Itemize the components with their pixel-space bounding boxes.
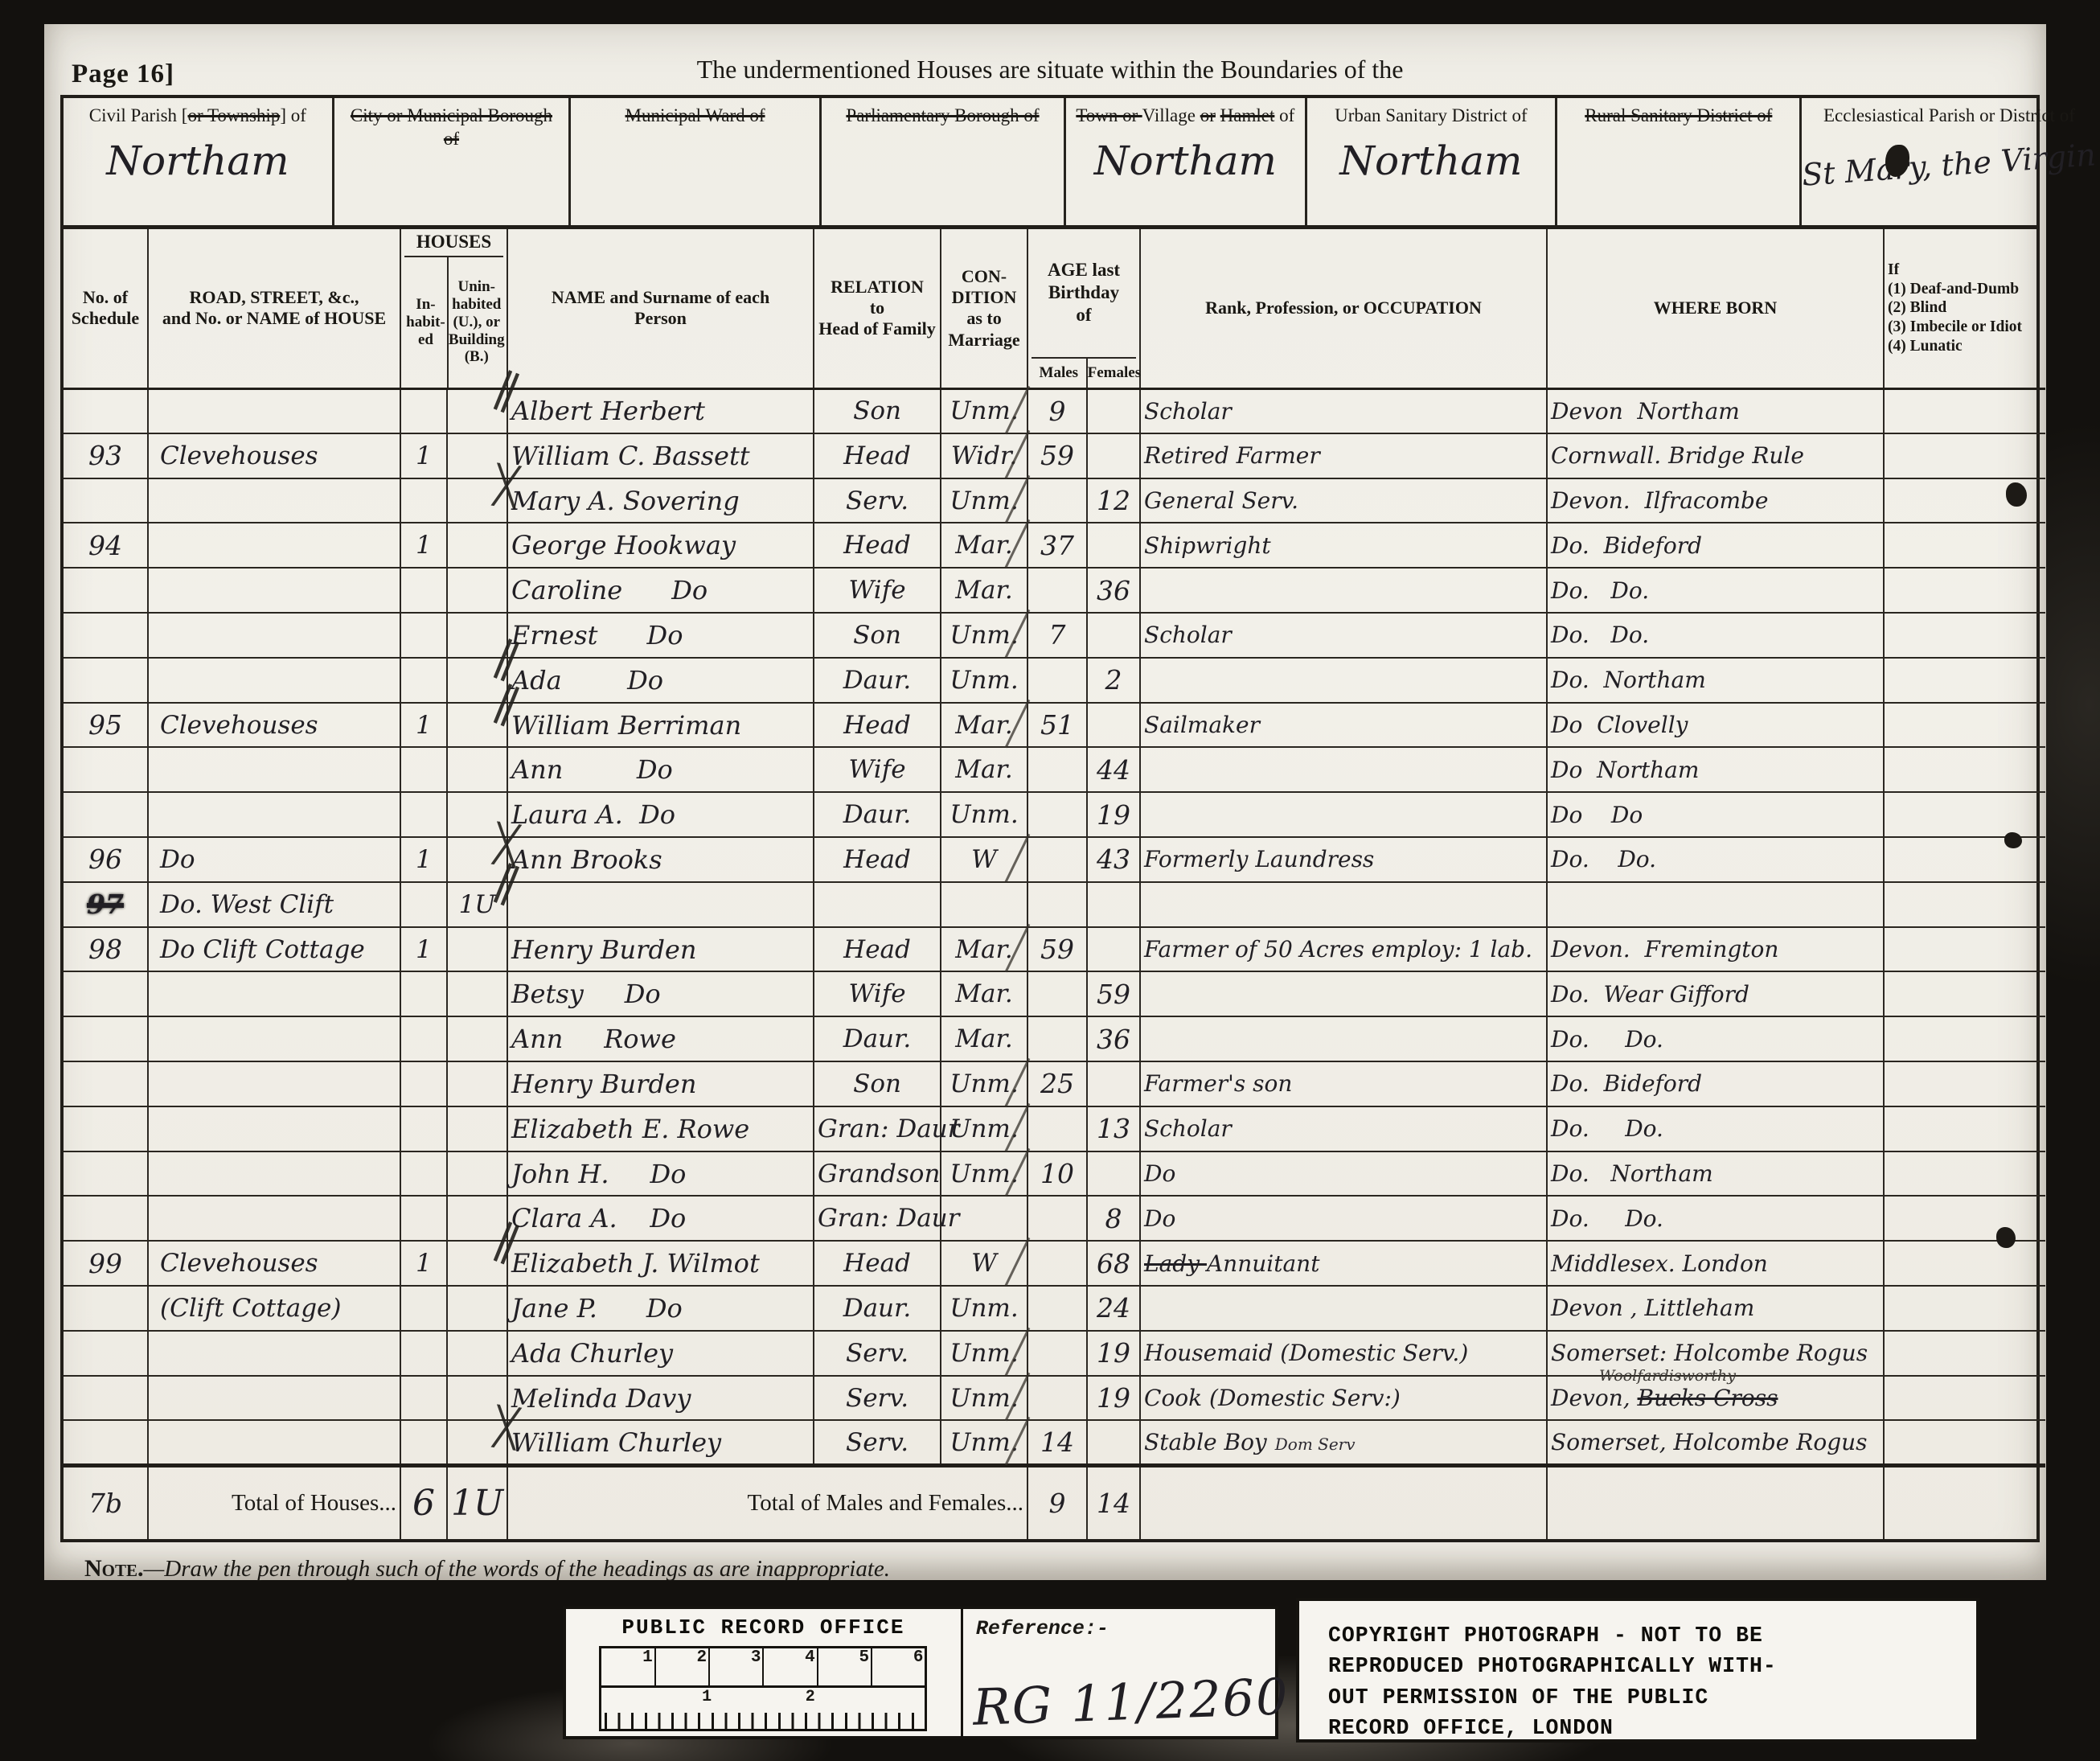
total-houses-inhabited: 6 <box>400 1465 447 1539</box>
cell-where-born: Do. Do. <box>1547 1016 1884 1061</box>
cell-where-born: Devon , Littleham <box>1547 1286 1884 1331</box>
cell-condition: Mar. <box>941 927 1027 972</box>
col-header-relation: RELATION to Head of Family <box>814 229 941 388</box>
totals-empty-occupation <box>1140 1465 1547 1539</box>
table-body: ∥Albert HerbertSonUnm.9ScholarDevon Nort… <box>64 388 2045 1465</box>
cell-age-male <box>1027 1286 1087 1331</box>
cell-relation: Head <box>814 703 941 748</box>
cell-person-name: William C. Bassett <box>507 433 814 478</box>
cell-age-female: 8 <box>1087 1196 1140 1241</box>
cell-infirmities <box>1884 1286 2045 1331</box>
cell-age-female: 13 <box>1087 1106 1140 1151</box>
cell-where-born: Do. Bideford <box>1547 523 1884 568</box>
occupation-annotation: Dom Serv <box>1275 1435 1356 1454</box>
cell-where-born: Do. Northam <box>1547 1151 1884 1197</box>
footnote: Note.—Draw the pen through such of the w… <box>84 1555 2040 1582</box>
cell-relation: Serv. <box>814 478 941 523</box>
cell-age-male: 10 <box>1027 1151 1087 1197</box>
col-header-inhabited: In- habit- ed <box>404 257 447 388</box>
cell-age-female <box>1087 703 1140 748</box>
cell-schedule-number: 96 <box>64 837 148 882</box>
cell-relation: Daur. <box>814 658 941 703</box>
scanned-census-photograph: Page 16] The undermentioned Houses are s… <box>0 0 2100 1761</box>
cell-schedule-number <box>64 1196 148 1241</box>
cell-infirmities <box>1884 703 2045 748</box>
census-row: Clara A. DoGran: Daur8DoDo. Do. <box>64 1196 2045 1241</box>
cell-occupation <box>1140 747 1547 792</box>
enumerator-tick <box>1005 1238 1031 1287</box>
cell-where-born: Do Northam <box>1547 747 1884 792</box>
cell-age-female <box>1087 882 1140 927</box>
col-header-occupation: Rank, Profession, or OCCUPATION <box>1140 229 1547 388</box>
cell-schedule-number <box>64 658 148 703</box>
cell-condition: Unm. <box>941 792 1027 837</box>
cell-age-male <box>1027 1241 1087 1286</box>
district-header-row: Civil Parish [or Township] ofNorthamCity… <box>64 98 2036 229</box>
cell-occupation <box>1140 882 1547 927</box>
cell-condition: Mar. <box>941 568 1027 613</box>
cell-uninhabited <box>447 1061 507 1106</box>
cell-occupation <box>1140 792 1547 837</box>
census-row: Laura A. DoDaur.Unm.19Do Do <box>64 792 2045 837</box>
district-box: Parliamentary Borough of <box>819 98 1064 225</box>
col-header-schedule: No. of Schedule <box>64 229 148 388</box>
cell-condition: Unm. <box>941 1106 1027 1151</box>
cell-where-born: Cornwall. Bridge Rule <box>1547 433 1884 478</box>
cell-occupation: General Serv. <box>1140 478 1547 523</box>
cell-occupation: Formerly Laundress <box>1140 837 1547 882</box>
cell-relation: Daur. <box>814 1016 941 1061</box>
census-row: Ann RoweDaur.Mar.36Do. Do. <box>64 1016 2045 1061</box>
cell-inhabited <box>400 1331 447 1376</box>
cell-road-house <box>148 792 400 837</box>
cell-age-male: 7 <box>1027 613 1087 658</box>
cell-uninhabited <box>447 747 507 792</box>
ruler-cm-cell: 4 <box>764 1648 818 1685</box>
cell-person-name: Ernest Do <box>507 613 814 658</box>
cell-age-male: 59 <box>1027 927 1087 972</box>
col-header-males: Males <box>1032 359 1086 388</box>
cell-occupation: Scholar <box>1140 613 1547 658</box>
cell-condition: Mar. <box>941 971 1027 1016</box>
cell-condition: Unm. <box>941 1331 1027 1376</box>
total-houses-uninhabited: 1U <box>447 1465 507 1539</box>
district-box: Rural Sanitary District of <box>1555 98 1799 225</box>
cell-person-name: ╳Ann Brooks <box>507 837 814 882</box>
cell-age-male: 51 <box>1027 703 1087 748</box>
cell-age-male <box>1027 1331 1087 1376</box>
cell-where-born: Do. Northam <box>1547 658 1884 703</box>
cell-condition: Unm. <box>941 1376 1027 1421</box>
district-box-value: Northam <box>64 139 332 183</box>
cell-schedule-number <box>64 1106 148 1151</box>
cell-occupation: Retired Farmer <box>1140 433 1547 478</box>
cell-uninhabited <box>447 1331 507 1376</box>
cell-person-name: John H. Do <box>507 1151 814 1197</box>
copyright-line: REPRODUCED PHOTOGRAPHICALLY WITH- <box>1328 1651 1976 1681</box>
cell-road-house <box>148 1331 400 1376</box>
cell-person-name: ╳Mary A. Sovering <box>507 478 814 523</box>
cell-age-male <box>1027 747 1087 792</box>
district-box-label: Parliamentary Borough of <box>822 105 1064 128</box>
cell-age-male <box>1027 882 1087 927</box>
census-row: ╳Mary A. SoveringServ.Unm.12General Serv… <box>64 478 2045 523</box>
cell-relation: Wife <box>814 747 941 792</box>
cell-uninhabited <box>447 1016 507 1061</box>
cell-person-name: Laura A. Do <box>507 792 814 837</box>
cell-inhabited <box>400 1151 447 1197</box>
cell-uninhabited <box>447 1106 507 1151</box>
cell-where-born <box>1547 882 1884 927</box>
district-box-value: St Mary, the Virgin <box>1801 138 2097 192</box>
ink-blot <box>2004 832 2022 848</box>
cell-age-female <box>1087 1420 1140 1465</box>
col-header-age-group: AGE last Birthday of Males Females <box>1027 229 1140 388</box>
cell-age-female: 19 <box>1087 792 1140 837</box>
district-box: Municipal Ward of <box>568 98 819 225</box>
census-row: Melinda DavyServ.Unm.19Cook (Domestic Se… <box>64 1376 2045 1421</box>
cell-schedule-number <box>64 568 148 613</box>
cell-road-house <box>148 388 400 433</box>
cell-age-male <box>1027 1196 1087 1241</box>
cell-road-house: Do Clift Cottage <box>148 927 400 972</box>
cell-uninhabited <box>447 971 507 1016</box>
cell-age-male: 59 <box>1027 433 1087 478</box>
cell-uninhabited <box>447 568 507 613</box>
cell-relation: Daur. <box>814 1286 941 1331</box>
cell-road-house <box>148 1106 400 1151</box>
cell-road-house <box>148 658 400 703</box>
cell-road-house <box>148 613 400 658</box>
total-houses-label: Total of Houses... <box>148 1465 400 1539</box>
col-header-road: ROAD, STREET, &c., and No. or NAME of HO… <box>148 229 400 388</box>
district-box-value: Northam <box>1066 139 1304 183</box>
form-box: Civil Parish [or Township] ofNorthamCity… <box>60 95 2040 1542</box>
cell-age-male: 14 <box>1027 1420 1087 1465</box>
cell-infirmities <box>1884 1420 2045 1465</box>
district-box-label: Municipal Ward of <box>571 105 819 128</box>
col-header-condition: CON- DITION as to Marriage <box>941 229 1027 388</box>
census-row: (Clift Cottage)Jane P. DoDaur.Unm.24Devo… <box>64 1286 2045 1331</box>
cell-age-male <box>1027 568 1087 613</box>
census-table: No. of Schedule ROAD, STREET, &c., and N… <box>64 229 2045 1539</box>
cell-inhabited <box>400 1286 447 1331</box>
census-row: 941George HookwayHeadMar.37ShipwrightDo.… <box>64 523 2045 568</box>
cell-age-male <box>1027 1106 1087 1151</box>
cell-age-female: 12 <box>1087 478 1140 523</box>
copyright-stamp-box: COPYRIGHT PHOTOGRAPH - NOT TO BEREPRODUC… <box>1296 1598 1979 1743</box>
col-header-where-born: WHERE BORN <box>1547 229 1884 388</box>
census-row: Henry BurdenSonUnm.25Farmer's sonDo. Bid… <box>64 1061 2045 1106</box>
cell-person-name: Betsy Do <box>507 971 814 1016</box>
cell-road-house: Clevehouses <box>148 1241 400 1286</box>
cell-relation: Head <box>814 927 941 972</box>
totals-empty-infirmities <box>1884 1465 2045 1539</box>
cell-infirmities <box>1884 1106 2045 1151</box>
cell-inhabited <box>400 1196 447 1241</box>
cell-occupation: Cook (Domestic Serv:) <box>1140 1376 1547 1421</box>
cell-infirmities <box>1884 971 2045 1016</box>
cell-person-name: ╳William Churley <box>507 1420 814 1465</box>
census-row: Ada ChurleyServ.Unm.19Housemaid (Domesti… <box>64 1331 2045 1376</box>
cell-condition: Unm. <box>941 1061 1027 1106</box>
cell-inhabited <box>400 613 447 658</box>
cell-schedule-number <box>64 971 148 1016</box>
cell-schedule-number <box>64 747 148 792</box>
cell-occupation: Stable BoyDom Serv <box>1140 1420 1547 1465</box>
district-box: Town or Village or Hamlet ofNortham <box>1064 98 1304 225</box>
col-header-houses-group: HOUSES In- habit- ed Unin- habited (U.),… <box>400 229 507 388</box>
ruler-cm-cell: 1 <box>601 1648 655 1685</box>
cell-schedule-number <box>64 792 148 837</box>
pro-stamp-box: PUBLIC RECORD OFFICE 123456 12 Reference… <box>563 1606 1278 1739</box>
cell-age-female: 36 <box>1087 568 1140 613</box>
cell-person-name: Henry Burden <box>507 1061 814 1106</box>
scale-ruler: 123456 12 <box>599 1646 927 1731</box>
born-annotation: Woolfardisworthy <box>1599 1367 1736 1385</box>
cell-relation: Wife <box>814 971 941 1016</box>
census-row: 99Clevehouses1∥Elizabeth J. WilmotHeadW6… <box>64 1241 2045 1286</box>
cell-infirmities <box>1884 1331 2045 1376</box>
cell-occupation: Sailmaker <box>1140 703 1547 748</box>
cell-where-born: Do Clovelly <box>1547 703 1884 748</box>
cell-relation: Daur. <box>814 792 941 837</box>
cell-where-born: Do. Do. <box>1547 613 1884 658</box>
cell-person-name: ∥Elizabeth J. Wilmot <box>507 1241 814 1286</box>
cell-inhabited <box>400 1016 447 1061</box>
cell-relation: Head <box>814 523 941 568</box>
district-box-label: Urban Sanitary District of <box>1307 105 1556 128</box>
cell-schedule-number <box>64 1331 148 1376</box>
census-row: 98Do Clift Cottage1Henry BurdenHeadMar.5… <box>64 927 2045 972</box>
cell-relation: Wife <box>814 568 941 613</box>
pro-stamp-reference: Reference:- RG 11/2260 <box>963 1609 1275 1736</box>
cell-infirmities <box>1884 658 2045 703</box>
census-form-page: Page 16] The undermentioned Houses are s… <box>44 24 2046 1580</box>
cell-schedule-number <box>64 1286 148 1331</box>
cell-uninhabited <box>447 1286 507 1331</box>
cell-condition: Unm. <box>941 1286 1027 1331</box>
cell-relation: Head <box>814 433 941 478</box>
cell-inhabited <box>400 971 447 1016</box>
district-box: Civil Parish [or Township] ofNortham <box>64 98 332 225</box>
cell-inhabited: 1 <box>400 1241 447 1286</box>
cell-person-name: ∥ <box>507 882 814 927</box>
cell-road-house: (Clift Cottage) <box>148 1286 400 1331</box>
cell-road-house <box>148 523 400 568</box>
page-number: Page 16] <box>72 60 174 89</box>
cell-schedule-number: 99 <box>64 1241 148 1286</box>
cell-inhabited: 1 <box>400 703 447 748</box>
cell-person-name: George Hookway <box>507 523 814 568</box>
enumerator-tick <box>1005 834 1031 883</box>
district-box-label: Civil Parish [or Township] of <box>64 105 332 128</box>
cell-occupation: Housemaid (Domestic Serv.) <box>1140 1331 1547 1376</box>
cell-person-name: Melinda Davy <box>507 1376 814 1421</box>
cell-person-name: Jane P. Do <box>507 1286 814 1331</box>
cell-occupation: Farmer of 50 Acres employ: 1 lab. <box>1140 927 1547 972</box>
cell-occupation <box>1140 971 1547 1016</box>
cell-age-female <box>1087 1151 1140 1197</box>
table-header: No. of Schedule ROAD, STREET, &c., and N… <box>64 229 2045 388</box>
district-box-value: Northam <box>1307 139 1556 183</box>
ruler-cm-cell: 6 <box>872 1648 925 1685</box>
census-row: Ann DoWifeMar.44Do Northam <box>64 747 2045 792</box>
ink-blot <box>2006 482 2027 507</box>
copyright-line: RECORD OFFICE, LONDON <box>1328 1713 1976 1743</box>
cell-condition: Mar. <box>941 703 1027 748</box>
cell-inhabited <box>400 792 447 837</box>
pro-stamp-title: PUBLIC RECORD OFFICE <box>577 1615 950 1640</box>
footnote-text: —Draw the pen through such of the words … <box>144 1556 891 1582</box>
cell-infirmities <box>1884 1241 2045 1286</box>
cell-schedule-number <box>64 388 148 433</box>
census-row: Elizabeth E. RoweGran: DaurUnm.13Scholar… <box>64 1106 2045 1151</box>
cell-age-female <box>1087 523 1140 568</box>
cell-age-female <box>1087 1061 1140 1106</box>
cell-occupation: Lady Annuitant <box>1140 1241 1547 1286</box>
cell-infirmities <box>1884 927 2045 972</box>
ruler-cm-cell: 2 <box>656 1648 710 1685</box>
cell-road-house: Do <box>148 837 400 882</box>
cell-age-male <box>1027 658 1087 703</box>
cell-age-male <box>1027 1016 1087 1061</box>
reference-label: Reference:- <box>976 1617 1262 1640</box>
cell-occupation: Shipwright <box>1140 523 1547 568</box>
cell-where-born: Devon. Ilfracombe <box>1547 478 1884 523</box>
cell-inhabited: 1 <box>400 523 447 568</box>
cell-inhabited: 1 <box>400 433 447 478</box>
cell-inhabited: 1 <box>400 837 447 882</box>
cell-age-male: 9 <box>1027 388 1087 433</box>
cell-age-male: 37 <box>1027 523 1087 568</box>
pro-stamp-left: PUBLIC RECORD OFFICE 123456 12 <box>566 1609 963 1736</box>
cell-condition: Mar. <box>941 747 1027 792</box>
cell-schedule-number: 97 <box>64 882 148 927</box>
cell-relation: Son <box>814 388 941 433</box>
cell-condition: Unm. <box>941 613 1027 658</box>
cell-schedule-number <box>64 1376 148 1421</box>
cell-road-house <box>148 478 400 523</box>
cell-condition: W <box>941 837 1027 882</box>
col-header-name: NAME and Surname of each Person <box>507 229 814 388</box>
cell-occupation <box>1140 658 1547 703</box>
cell-age-male <box>1027 971 1087 1016</box>
cell-age-female: 59 <box>1087 971 1140 1016</box>
cell-condition <box>941 1196 1027 1241</box>
totals-margin-mark: 7b <box>64 1465 148 1539</box>
cell-infirmities <box>1884 433 2045 478</box>
cell-infirmities <box>1884 1151 2045 1197</box>
cell-condition: Mar. <box>941 523 1027 568</box>
cell-infirmities <box>1884 613 2045 658</box>
cell-condition: Unm. <box>941 658 1027 703</box>
cell-person-name: ∥William Berriman <box>507 703 814 748</box>
cell-relation: Head <box>814 837 941 882</box>
census-row: ╳William ChurleyServ.Unm.14Stable BoyDom… <box>64 1420 2045 1465</box>
cell-age-female <box>1087 388 1140 433</box>
cell-where-born: Devon, Bucks CrossWoolfardisworthy <box>1547 1376 1884 1421</box>
cell-infirmities <box>1884 792 2045 837</box>
cell-where-born: Middlesex. London <box>1547 1241 1884 1286</box>
cell-age-male <box>1027 792 1087 837</box>
census-row: Betsy DoWifeMar.59Do. Wear Gifford <box>64 971 2045 1016</box>
cell-infirmities <box>1884 882 2045 927</box>
cell-occupation: Do <box>1140 1196 1547 1241</box>
cell-where-born: Somerset, Holcombe Rogus <box>1547 1420 1884 1465</box>
cell-occupation: Farmer's son <box>1140 1061 1547 1106</box>
cell-infirmities <box>1884 1016 2045 1061</box>
col-header-females: Females <box>1086 359 1141 388</box>
cell-road-house <box>148 971 400 1016</box>
cell-person-name: Ann Do <box>507 747 814 792</box>
cell-where-born: Do. Bideford <box>1547 1061 1884 1106</box>
cell-person-name: Henry Burden <box>507 927 814 972</box>
cell-infirmities <box>1884 1376 2045 1421</box>
cell-inhabited <box>400 658 447 703</box>
cell-inhabited <box>400 1106 447 1151</box>
cell-relation: Gran: Daur <box>814 1106 941 1151</box>
cell-condition: W <box>941 1241 1027 1286</box>
cell-relation: Grandson <box>814 1151 941 1197</box>
district-box-label: Town or Village or Hamlet of <box>1066 105 1304 128</box>
cell-person-name: Ada Churley <box>507 1331 814 1376</box>
census-row: ∥Ada DoDaur.Unm.2Do. Northam <box>64 658 2045 703</box>
cell-relation: Son <box>814 1061 941 1106</box>
cell-person-name: Ann Rowe <box>507 1016 814 1061</box>
cell-infirmities <box>1884 1196 2045 1241</box>
col-header-uninhabited: Unin- habited (U.), or Building (B.) <box>447 257 505 388</box>
cell-schedule-number: 95 <box>64 703 148 748</box>
ruler-inch-number: 1 <box>702 1688 712 1706</box>
ruler-cm-cell: 3 <box>710 1648 764 1685</box>
cell-inhabited <box>400 568 447 613</box>
cell-condition: Mar. <box>941 1016 1027 1061</box>
ruler-cm-scale: 123456 <box>601 1648 925 1688</box>
cell-occupation: Scholar <box>1140 1106 1547 1151</box>
cell-schedule-number <box>64 1016 148 1061</box>
cell-uninhabited <box>447 927 507 972</box>
cell-where-born: Do. Do. <box>1547 837 1884 882</box>
houses-group-title: HOUSES <box>404 229 503 257</box>
ruler-cm-cell: 5 <box>818 1648 872 1685</box>
cell-condition: Widr. <box>941 433 1027 478</box>
cell-relation: Serv. <box>814 1376 941 1421</box>
cell-condition: Unm. <box>941 388 1027 433</box>
cell-schedule-number: 94 <box>64 523 148 568</box>
census-row: Ernest DoSonUnm.7ScholarDo. Do. <box>64 613 2045 658</box>
cell-schedule-number: 93 <box>64 433 148 478</box>
cell-where-born: Devon. Fremington <box>1547 927 1884 972</box>
page-title: The undermentioned Houses are situate wi… <box>697 55 1404 84</box>
cell-infirmities <box>1884 523 2045 568</box>
photo-bottom-strip: PUBLIC RECORD OFFICE 123456 12 Reference… <box>0 1580 2100 1761</box>
cell-person-name: Caroline Do <box>507 568 814 613</box>
cell-infirmities <box>1884 747 2045 792</box>
copyright-line: OUT PERMISSION OF THE PUBLIC <box>1328 1682 1976 1713</box>
district-box: City or Municipal Borough of <box>332 98 568 225</box>
cell-age-male <box>1027 478 1087 523</box>
cell-age-male: 25 <box>1027 1061 1087 1106</box>
census-row: John H. DoGrandsonUnm.10DoDo. Northam <box>64 1151 2045 1197</box>
cell-uninhabited <box>447 1151 507 1197</box>
cell-relation: Head <box>814 1241 941 1286</box>
cell-age-female: 43 <box>1087 837 1140 882</box>
totals-row: 7b Total of Houses... 6 1U Total of Male… <box>64 1465 2045 1539</box>
total-males-females-label: Total of Males and Females... <box>507 1465 1027 1539</box>
census-row: 96Do1╳Ann BrooksHeadW43Formerly Laundres… <box>64 837 2045 882</box>
cell-infirmities <box>1884 1061 2045 1106</box>
